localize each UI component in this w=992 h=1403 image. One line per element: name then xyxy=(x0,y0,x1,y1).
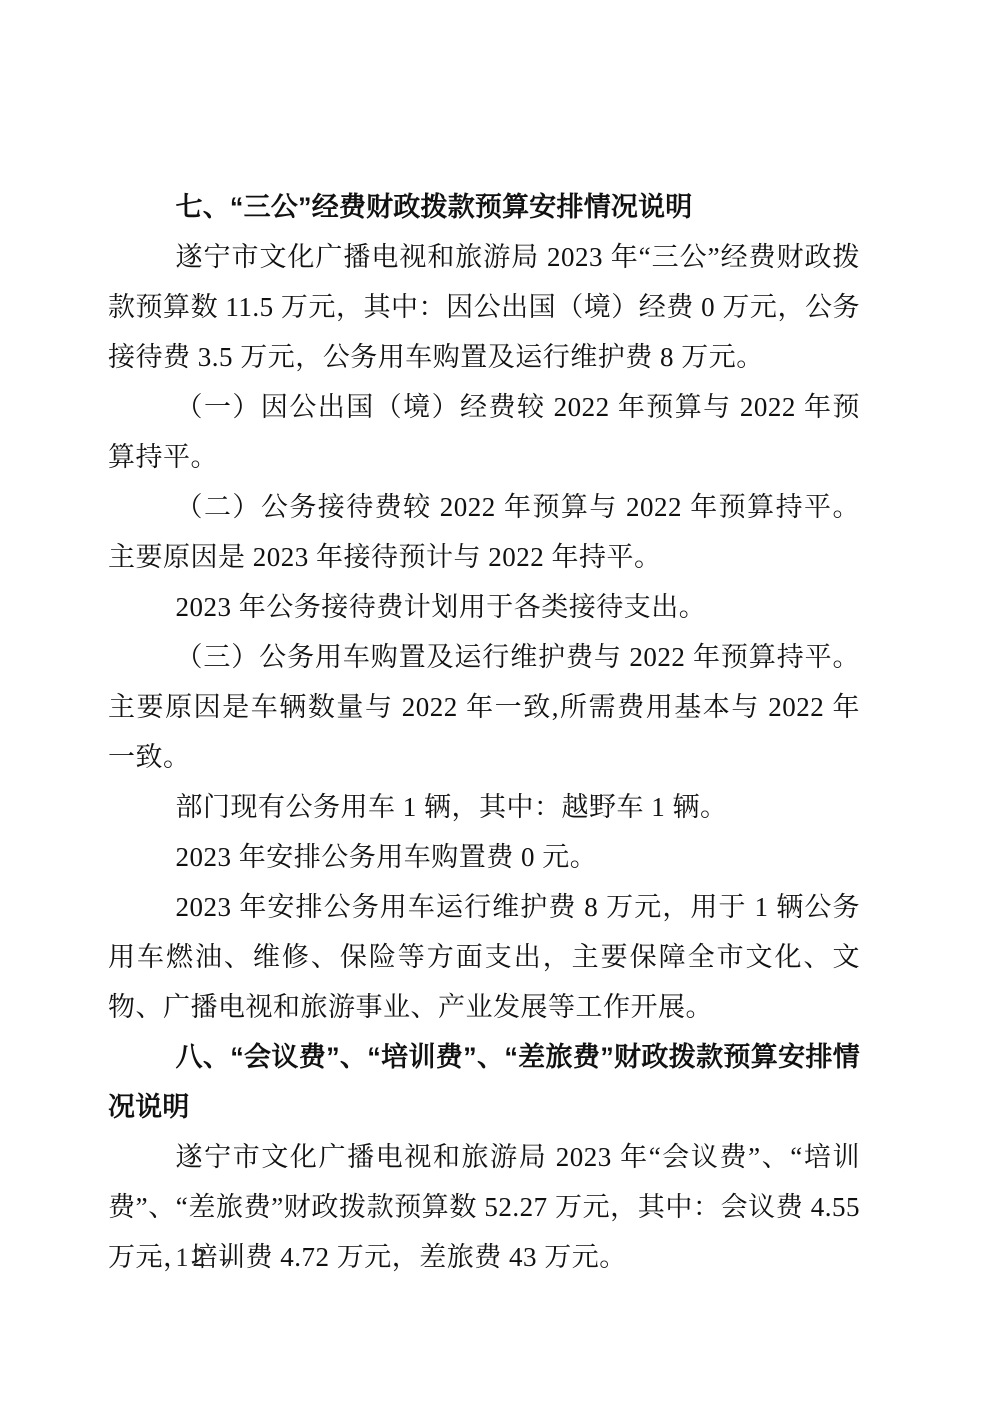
section-heading-seven: 七、“三公”经费财政拨款预算安排情况说明 xyxy=(108,182,860,232)
paragraph-official-vehicle: （三）公务用车购置及运行维护费与 2022 年预算持平。主要原因是车辆数量与 2… xyxy=(108,632,860,782)
section-three-public-expenses: 七、“三公”经费财政拨款预算安排情况说明 遂宁市文化广播电视和旅游局 2023 … xyxy=(108,182,860,1032)
paragraph-official-reception: （二）公务接待费较 2022 年预算与 2022 年预算持平。主要原因是 202… xyxy=(108,482,860,582)
document-page: 七、“三公”经费财政拨款预算安排情况说明 遂宁市文化广播电视和旅游局 2023 … xyxy=(0,0,992,1403)
paragraph-three-public-summary: 遂宁市文化广播电视和旅游局 2023 年“三公”经费财政拨款预算数 11.5 万… xyxy=(108,232,860,382)
paragraph-overseas-travel: （一）因公出国（境）经费较 2022 年预算与 2022 年预算持平。 xyxy=(108,382,860,482)
paragraph-vehicle-purchase: 2023 年安排公务用车购置费 0 元。 xyxy=(108,832,860,882)
paragraph-reception-usage: 2023 年公务接待费计划用于各类接待支出。 xyxy=(108,582,860,632)
paragraph-vehicle-maintenance: 2023 年安排公务用车运行维护费 8 万元，用于 1 辆公务用车燃油、维修、保… xyxy=(108,882,860,1032)
paragraph-vehicle-count: 部门现有公务用车 1 辆，其中：越野车 1 辆。 xyxy=(108,782,860,832)
page-number: – 12 – xyxy=(148,1238,237,1278)
document-body: 七、“三公”经费财政拨款预算安排情况说明 遂宁市文化广播电视和旅游局 2023 … xyxy=(108,182,860,1282)
section-heading-eight: 八、“会议费”、“培训费”、“差旅费”财政拨款预算安排情况说明 xyxy=(108,1032,860,1132)
